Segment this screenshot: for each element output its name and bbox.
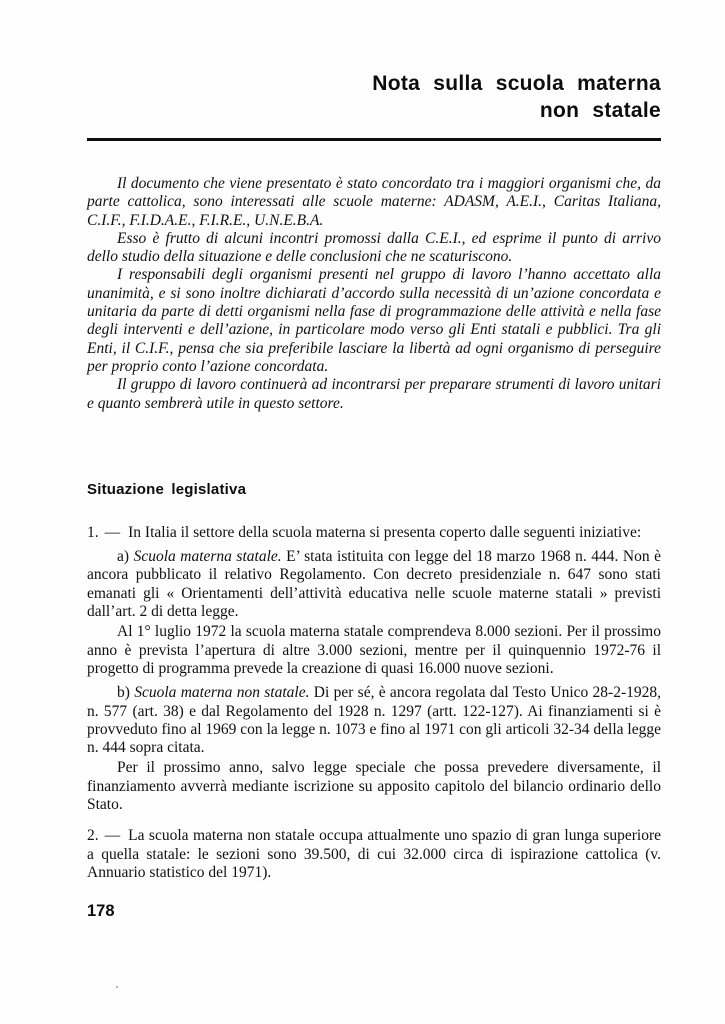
title-line-1: Nota sulla scuola materna <box>87 70 661 97</box>
document-footer: 178 <box>87 902 661 921</box>
page-number: 178 <box>87 902 661 921</box>
intro-paragraph-3: I responsabili degli organismi presenti … <box>87 266 661 376</box>
body-section: 1.—In Italia il settore della scuola mat… <box>87 524 661 882</box>
intro-paragraph-1: Il documento che viene presentato è stat… <box>87 175 661 230</box>
title-line-2: non statale <box>87 97 661 124</box>
document-header: Nota sulla scuola materna non statale <box>87 70 661 141</box>
intro-paragraph-4: Il gruppo di lavoro continuerà ad incont… <box>87 376 661 413</box>
point-b-label: b) <box>117 684 130 701</box>
body-point-a-continued: Al 1° luglio 1972 la scuola materna stat… <box>87 623 661 678</box>
point-b-title: Scuola materna non statale. <box>134 684 309 701</box>
body-item-1: 1.—In Italia il settore della scuola mat… <box>87 524 661 542</box>
body-point-b-continued: Per il prossimo anno, salvo legge specia… <box>87 759 661 814</box>
item-2-number: 2. <box>87 827 105 844</box>
body-point-b: b) Scuola materna non statale. Di per sé… <box>87 684 661 757</box>
body-point-a: a) Scuola materna statale. E’ stata isti… <box>87 548 661 621</box>
document-page: Nota sulla scuola materna non statale Il… <box>0 0 725 1024</box>
item-2-dash: — <box>105 827 129 844</box>
scan-speck <box>116 986 118 988</box>
intro-section: Il documento che viene presentato è stat… <box>87 175 661 413</box>
item-1-number: 1. <box>87 524 105 541</box>
title-rule <box>87 138 661 141</box>
item-2-text: La scuola materna non statale occupa att… <box>87 827 661 881</box>
section-heading: Situazione legislativa <box>87 481 661 499</box>
point-a-title: Scuola materna statale. <box>134 548 282 565</box>
item-1-text: In Italia il settore della scuola matern… <box>128 524 641 541</box>
item-1-dash: — <box>105 524 129 541</box>
point-a-label: a) <box>117 548 129 565</box>
page-title: Nota sulla scuola materna non statale <box>87 70 661 124</box>
intro-paragraph-2: Esso è frutto di alcuni incontri promoss… <box>87 230 661 267</box>
body-item-2: 2.—La scuola materna non statale occupa … <box>87 827 661 882</box>
